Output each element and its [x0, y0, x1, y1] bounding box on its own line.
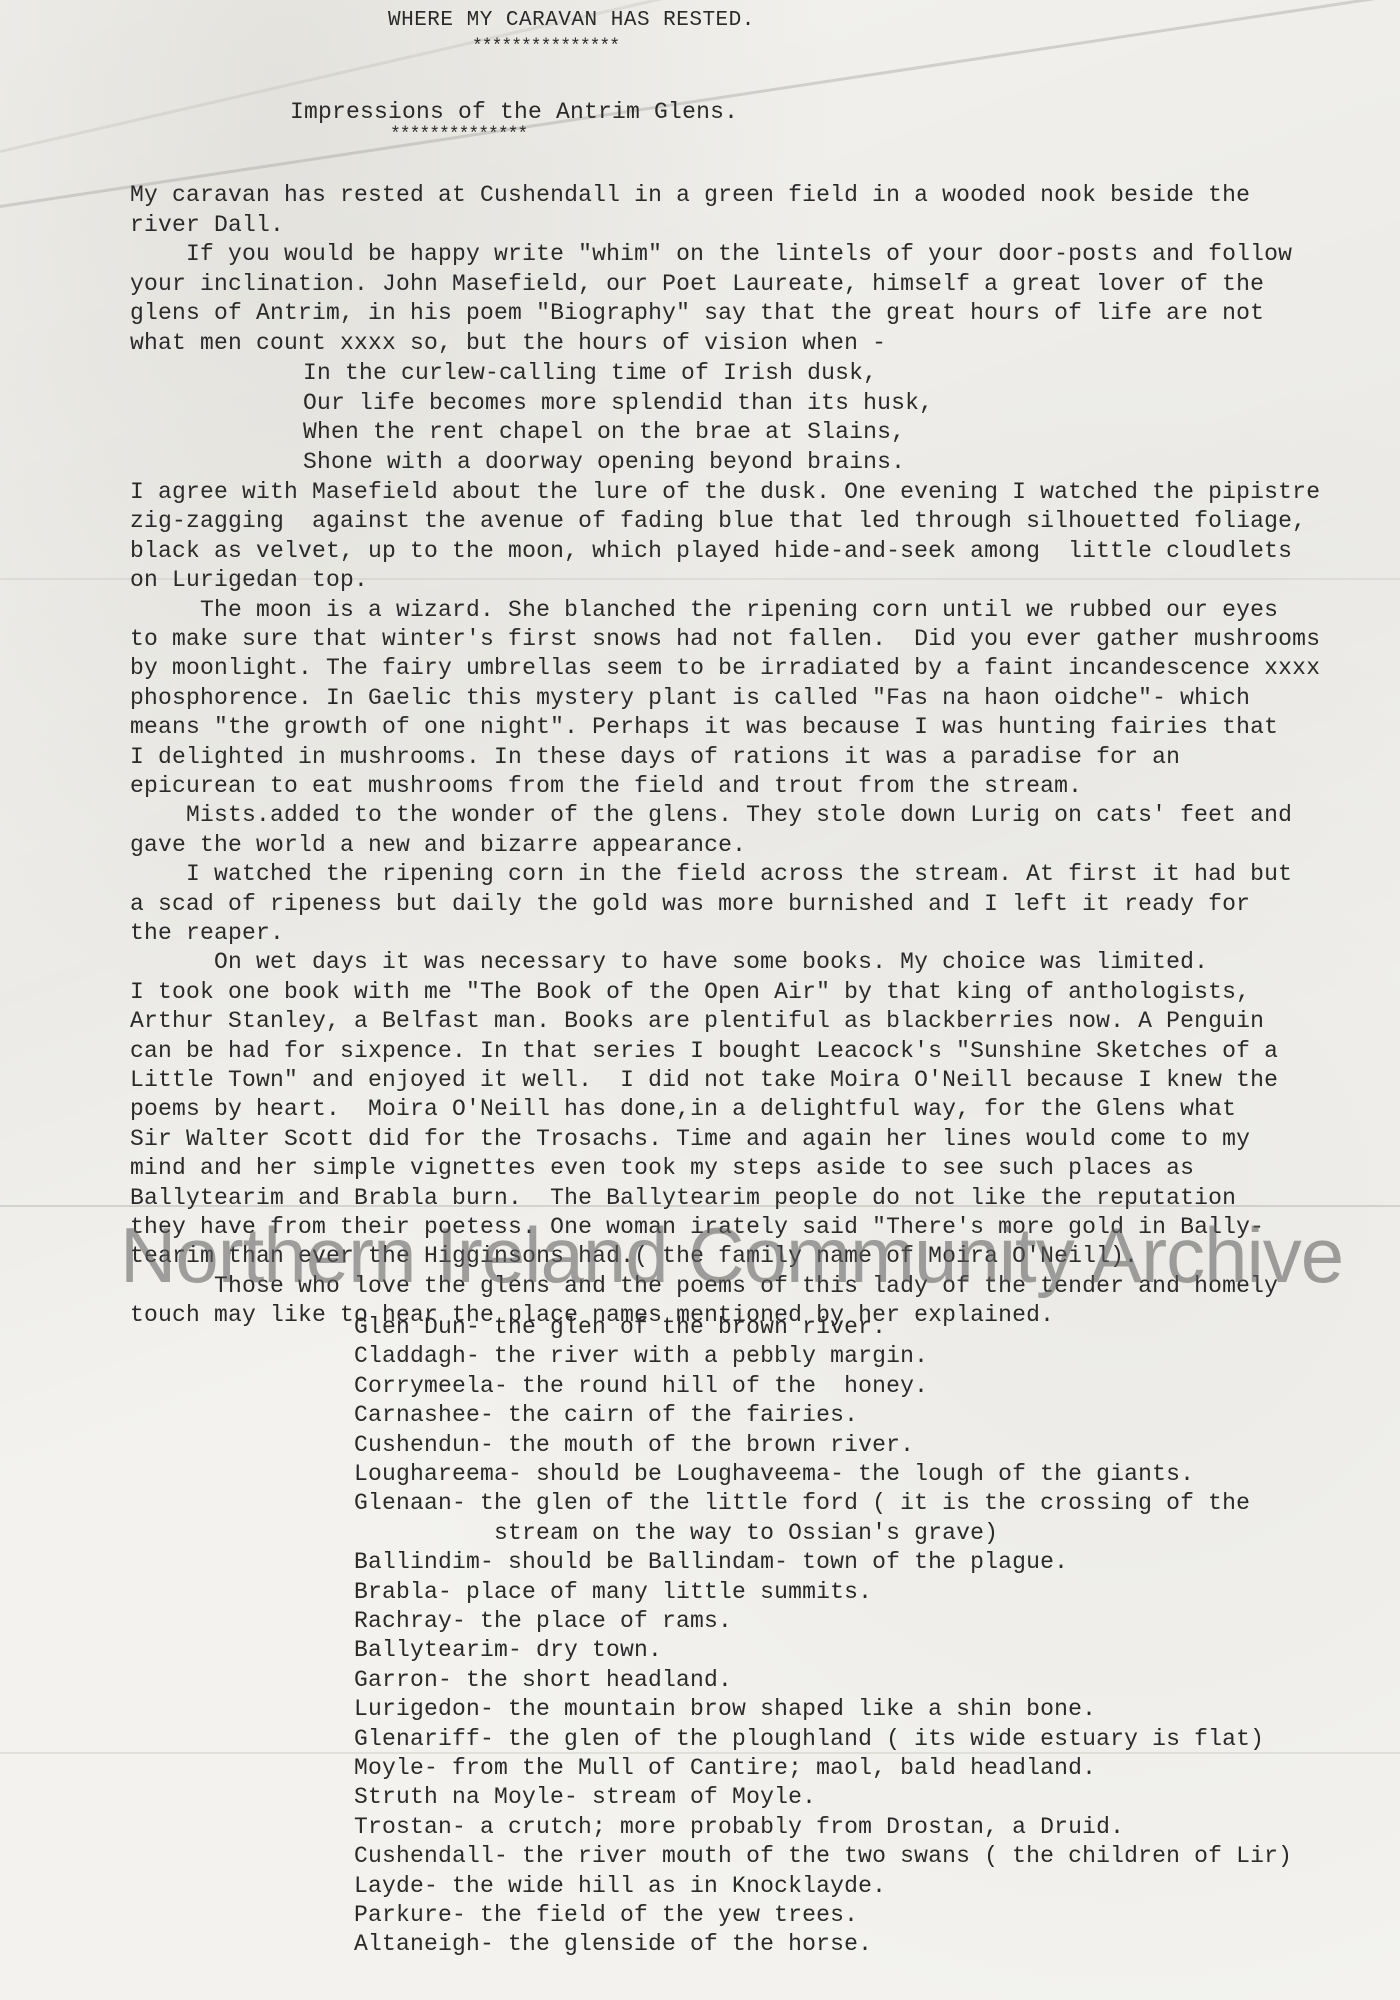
watermark: Northern Ireland Community Archive — [120, 1210, 1350, 1301]
place-name-entry: Ballindim- should be Ballindam- town of … — [354, 1547, 1068, 1577]
body-line: the reaper. — [130, 918, 284, 948]
body-line: Little Town" and enjoyed it well. I did … — [130, 1065, 1278, 1095]
body-line: river Dall. — [130, 210, 284, 240]
poem-line: In the curlew-calling time of Irish dusk… — [303, 358, 877, 388]
body-line: on Lurigedan top. — [130, 565, 368, 595]
place-name-entry: Loughareema- should be Loughaveema- the … — [354, 1459, 1194, 1489]
place-name-entry: Trostan- a crutch; more probably from Dr… — [354, 1812, 1124, 1842]
body-line: I watched the ripening corn in the field… — [130, 859, 1292, 889]
body-line: epicurean to eat mushrooms from the fiel… — [130, 771, 1082, 801]
body-line: phosphorence. In Gaelic this mystery pla… — [130, 683, 1250, 713]
body-line: zig-zagging against the avenue of fading… — [130, 506, 1306, 536]
body-line: I took one book with me "The Book of the… — [130, 977, 1250, 1007]
body-line: mind and her simple vignettes even took … — [130, 1153, 1194, 1183]
poem-line: Our life becomes more splendid than its … — [303, 388, 933, 418]
place-name-entry: Parkure- the field of the yew trees. — [354, 1900, 858, 1930]
place-name-entry: Corrymeela- the round hill of the honey. — [354, 1371, 928, 1401]
body-line: I delighted in mushrooms. In these days … — [130, 742, 1180, 772]
poem-line: Shone with a doorway opening beyond brai… — [303, 447, 905, 477]
place-name-entry: Brabla- place of many little summits. — [354, 1577, 872, 1607]
body-line: means "the growth of one night". Perhaps… — [130, 712, 1278, 742]
body-line: a scad of ripeness but daily the gold wa… — [130, 889, 1250, 919]
place-name-entry: Layde- the wide hill as in Knocklayde. — [354, 1871, 886, 1901]
place-name-entry: Cushendall- the river mouth of the two s… — [354, 1841, 1292, 1871]
place-name-entry: Ballytearim- dry town. — [354, 1635, 662, 1665]
body-line: gave the world a new and bizarre appeara… — [130, 830, 746, 860]
body-line: If you would be happy write "whim" on th… — [130, 239, 1292, 269]
body-line: On wet days it was necessary to have som… — [130, 947, 1208, 977]
place-name-entry: Moyle- from the Mull of Cantire; maol, b… — [354, 1753, 1096, 1783]
place-name-entry: Cushendun- the mouth of the brown river. — [354, 1430, 914, 1460]
body-line: glens of Antrim, in his poem "Biography"… — [130, 298, 1264, 328]
place-name-entry: Rachray- the place of rams. — [354, 1606, 732, 1636]
place-name-entry: Garron- the short headland. — [354, 1665, 732, 1695]
body-line: black as velvet, up to the moon, which p… — [130, 536, 1292, 566]
place-name-entry: Struth na Moyle- stream of Moyle. — [354, 1782, 816, 1812]
place-name-entry: Carnashee- the cairn of the fairies. — [354, 1400, 858, 1430]
poem-line: When the rent chapel on the brae at Slai… — [303, 417, 905, 447]
body-line: Arthur Stanley, a Belfast man. Books are… — [130, 1006, 1264, 1036]
title-rule: *************** — [472, 32, 619, 62]
place-name-entry: Lurigedon- the mountain brow shaped like… — [354, 1694, 1096, 1724]
body-line: poems by heart. Moira O'Neill has done,i… — [130, 1094, 1236, 1124]
body-line: your inclination. John Masefield, our Po… — [130, 269, 1264, 299]
place-name-entry: Claddagh- the river with a pebbly margin… — [354, 1341, 928, 1371]
subtitle-rule: ************** — [390, 120, 527, 150]
body-line: Ballytearim and Brabla burn. The Ballyte… — [130, 1183, 1236, 1213]
body-line: can be had for sixpence. In that series … — [130, 1036, 1278, 1066]
body-line: what men count xxxx so, but the hours of… — [130, 328, 886, 358]
place-name-entry: stream on the way to Ossian's grave) — [354, 1518, 998, 1548]
place-name-entry: Altaneigh- the glenside of the horse. — [354, 1929, 872, 1959]
body-line: Sir Walter Scott did for the Trosachs. T… — [130, 1124, 1250, 1154]
body-line: I agree with Masefield about the lure of… — [130, 477, 1320, 507]
body-line: by moonlight. The fairy umbrellas seem t… — [130, 653, 1320, 683]
body-line: My caravan has rested at Cushendall in a… — [130, 180, 1250, 210]
place-name-entry: Glenaan- the glen of the little ford ( i… — [354, 1488, 1250, 1518]
place-name-entry: Glenariff- the glen of the ploughland ( … — [354, 1724, 1264, 1754]
body-line: to make sure that winter's first snows h… — [130, 624, 1320, 654]
body-line: Mists.added to the wonder of the glens. … — [130, 800, 1292, 830]
body-line: The moon is a wizard. She blanched the r… — [130, 595, 1278, 625]
place-name-entry: Glen Dun- the glen of the brown river. — [354, 1312, 886, 1342]
